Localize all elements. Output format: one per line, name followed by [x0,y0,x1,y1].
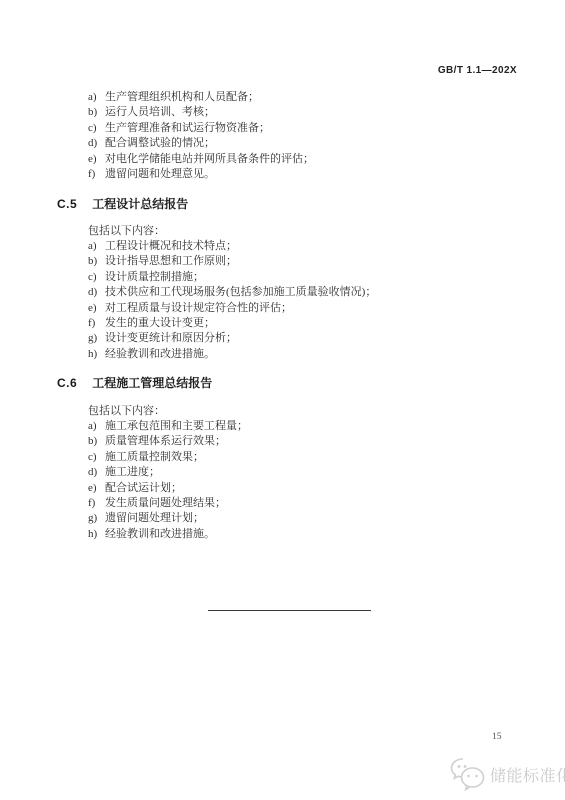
list-item-label: c) [88,270,105,285]
list-item-label: g) [88,331,105,346]
list-item: g)遗留问题处理计划； [88,511,248,526]
section-c6-list: a)施工承包范围和主要工程量； b)质量管理体系运行效果； c)施工质量控制效果… [88,419,248,542]
list-item-text: 设计指导思想和工作原则； [105,254,237,269]
list-item-label: d) [88,465,105,480]
wechat-logo-icon [448,756,486,792]
list-item-label: h) [88,347,105,362]
end-of-document-divider [208,610,371,611]
list-item-text: 配合试运计划； [105,481,182,496]
list-item: b)设计指导思想和工作原则； [88,254,376,269]
list-item-text: 经验教训和改进措施。 [105,347,215,362]
list-item: a)工程设计概况和技术特点； [88,239,376,254]
page-number: 15 [492,732,502,742]
list-item: g)设计变更统计和原因分析； [88,331,376,346]
list-item-text: 技术供应和工代现场服务(包括参加施工质量验收情况)； [105,285,376,300]
watermark-label: 储能标准化 [490,763,565,786]
list-item-text: 施工承包范围和主要工程量； [105,419,248,434]
list-item-text: 发生质量问题处理结果； [105,496,226,511]
list-item: h)经验教训和改进措施。 [88,527,248,542]
list-item: e)配合试运计划； [88,481,248,496]
list-item-text: 设计变更统计和原因分析； [105,331,237,346]
list-item-text: 遗留问题和处理意见。 [105,167,215,182]
list-item: b)质量管理体系运行效果； [88,434,248,449]
list-item-text: 遗留问题处理计划； [105,511,204,526]
section-c5-list: a)工程设计概况和技术特点； b)设计指导思想和工作原则； c)设计质量控制措施… [88,239,376,362]
list-item-label: b) [88,254,105,269]
list-item-label: e) [88,301,105,316]
list-item-label: g) [88,511,105,526]
list-item-label: d) [88,285,105,300]
list-item-label: a) [88,90,105,105]
list-item-text: 施工质量控制效果； [105,450,204,465]
list-item-text: 生产管理准备和试运行物资准备； [105,121,270,136]
section-c5-intro: 包括以下内容： [88,222,165,238]
list-item: f)发生的重大设计变更； [88,316,376,331]
list-item: b)运行人员培训、考核； [88,105,314,120]
list-item: c)生产管理准备和试运行物资准备； [88,121,314,136]
list-item-text: 对工程质量与设计规定符合性的评估； [105,301,292,316]
list-item: d)技术供应和工代现场服务(包括参加施工质量验收情况)； [88,285,376,300]
list-item-text: 经验教训和改进措施。 [105,527,215,542]
list-item-label: e) [88,152,105,167]
list-item-text: 运行人员培训、考核； [105,105,215,120]
list-item: a)施工承包范围和主要工程量； [88,419,248,434]
top-list: a)生产管理组织机构和人员配备； b)运行人员培训、考核； c)生产管理准备和试… [88,90,314,182]
list-item-label: h) [88,527,105,542]
section-number: C.5 [57,197,77,211]
list-item: c)施工质量控制效果； [88,450,248,465]
list-item-label: d) [88,136,105,151]
section-title: 工程设计总结报告 [92,197,188,211]
list-item-text: 发生的重大设计变更； [105,316,215,331]
section-c6-intro: 包括以下内容： [88,402,165,418]
list-item-text: 生产管理组织机构和人员配备； [105,90,259,105]
list-item: h)经验教训和改进措施。 [88,347,376,362]
list-item-text: 配合调整试验的情况； [105,136,215,151]
list-item: e)对电化学储能电站并网所具备条件的评估； [88,152,314,167]
list-item: d)施工进度； [88,465,248,480]
list-item: a)生产管理组织机构和人员配备； [88,90,314,105]
list-item-text: 质量管理体系运行效果； [105,434,226,449]
list-item: e)对工程质量与设计规定符合性的评估； [88,301,376,316]
list-item-label: b) [88,105,105,120]
standard-code-header: GB/T 1.1—202X [438,65,517,76]
list-item: f)遗留问题和处理意见。 [88,167,314,182]
list-item: d)配合调整试验的情况； [88,136,314,151]
list-item: c)设计质量控制措施； [88,270,376,285]
list-item-label: f) [88,167,105,182]
list-item: f)发生质量问题处理结果； [88,496,248,511]
list-item-text: 施工进度； [105,465,160,480]
section-title: 工程施工管理总结报告 [92,376,212,390]
list-item-label: c) [88,450,105,465]
section-c6-heading: C.6工程施工管理总结报告 [57,374,212,391]
list-item-label: a) [88,239,105,254]
list-item-text: 对电化学储能电站并网所具备条件的评估； [105,152,314,167]
list-item-label: a) [88,419,105,434]
document-page: GB/T 1.1—202X a)生产管理组织机构和人员配备； b)运行人员培训、… [0,0,565,800]
list-item-text: 设计质量控制措施； [105,270,204,285]
list-item-label: f) [88,316,105,331]
watermark: 储能标准化 [448,756,565,792]
list-item-label: b) [88,434,105,449]
section-number: C.6 [57,376,77,390]
list-item-text: 工程设计概况和技术特点； [105,239,237,254]
list-item-label: f) [88,496,105,511]
section-c5-heading: C.5工程设计总结报告 [57,195,188,212]
list-item-label: e) [88,481,105,496]
list-item-label: c) [88,121,105,136]
